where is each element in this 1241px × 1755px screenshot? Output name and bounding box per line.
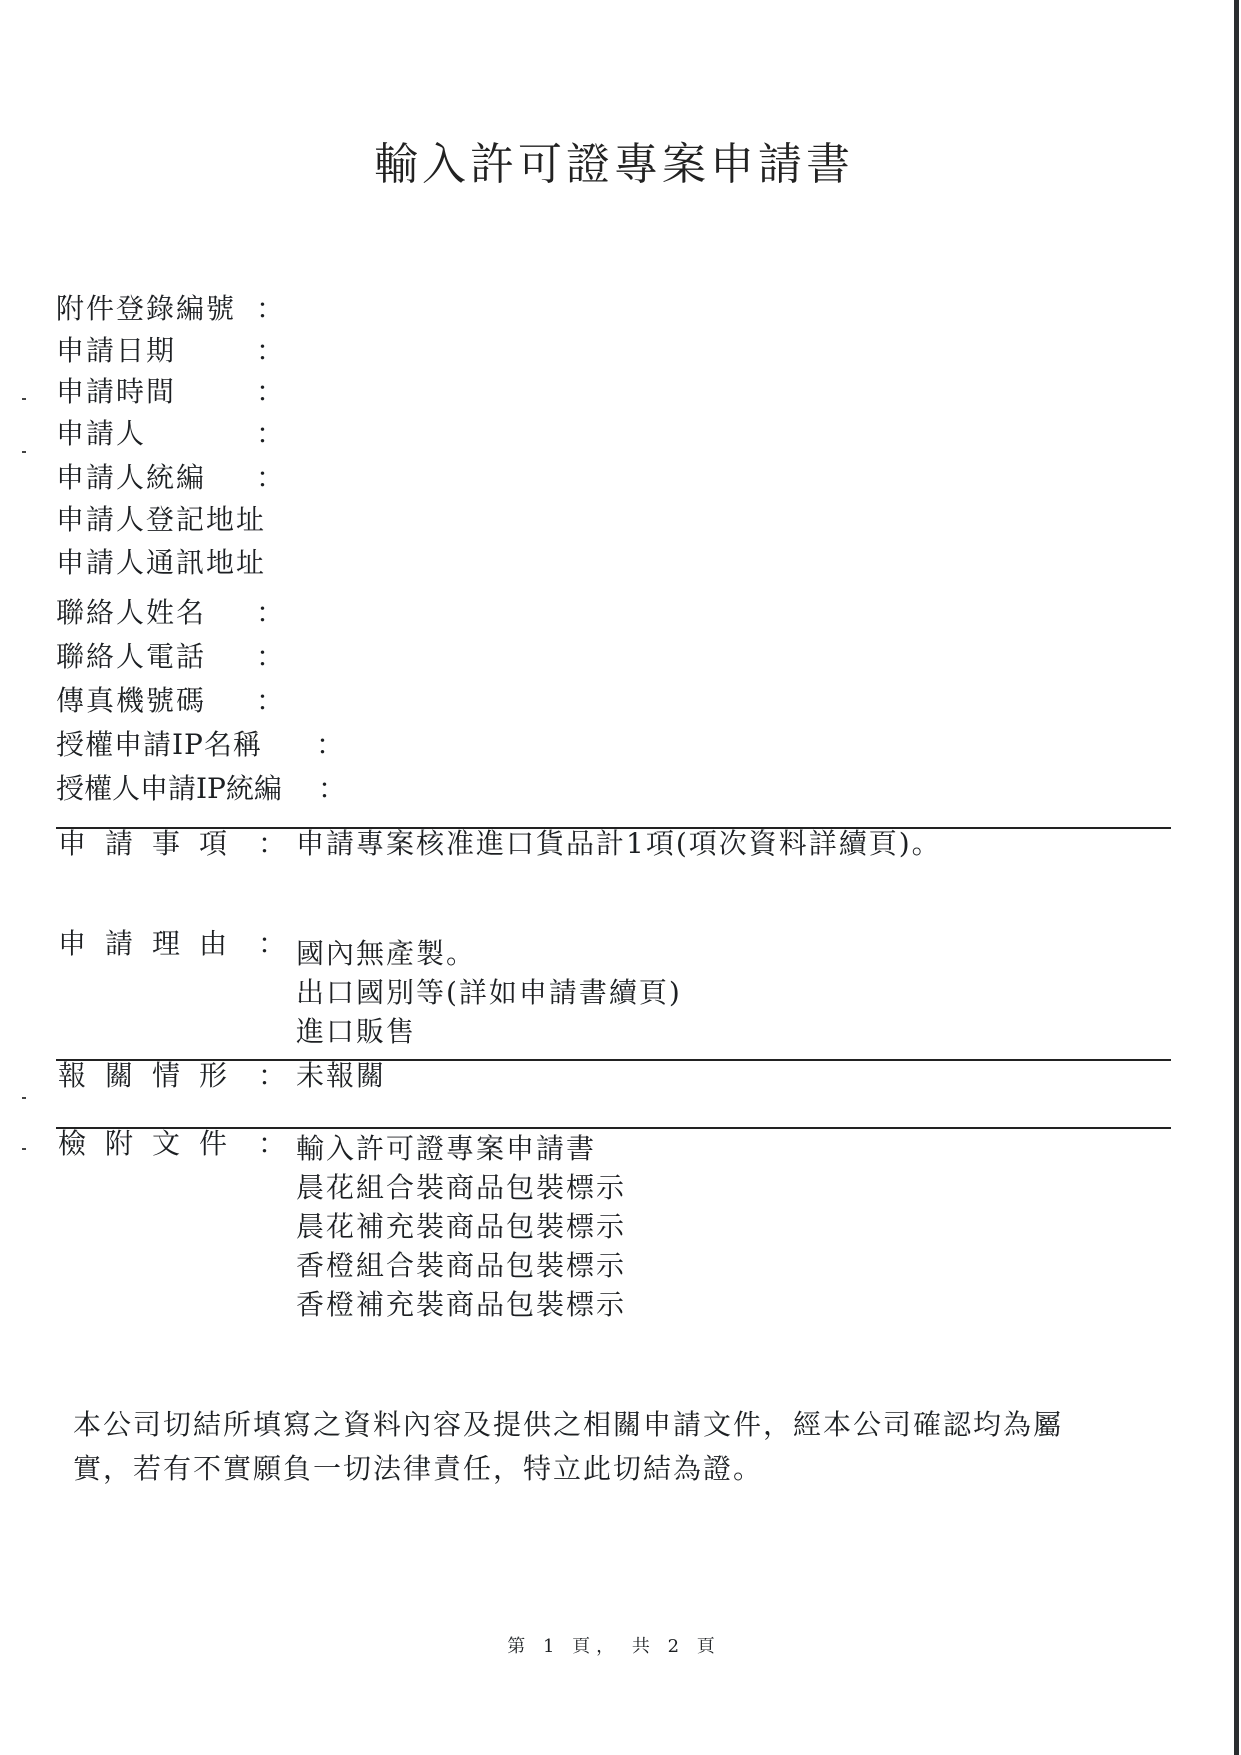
attachment-item: 晨花組合裝商品包裝標示: [296, 1168, 626, 1207]
field-label: 申請人通訊地址: [56, 546, 266, 579]
section-label: 申請理由: [58, 926, 246, 962]
attachment-item: 香橙補充裝商品包裝標示: [296, 1285, 626, 1324]
field-authorized-ip-tax-id: 授權人申請IP統編 ：: [56, 772, 282, 806]
page-indicator: 第 1 頁， 共 2 頁: [0, 1632, 1228, 1658]
section-value: 國內無產製。 出口國別等(詳如申請書續頁) 進口販售: [296, 934, 682, 1051]
section-colon: ：: [258, 1058, 286, 1094]
field-colon: ：: [256, 417, 286, 451]
field-application-date: 申請日期 ：: [56, 334, 176, 368]
field-mailing-address: 申請人通訊地址: [56, 546, 266, 580]
section-label: 報關情形: [58, 1058, 246, 1094]
field-label: 申請人統編: [56, 461, 206, 494]
field-contact-phone: 聯絡人電話 ：: [56, 640, 206, 674]
section-label: 檢附文件: [58, 1126, 246, 1162]
attachment-item: 輸入許可證專案申請書: [296, 1129, 626, 1168]
field-applicant-tax-id: 申請人統編 ：: [56, 461, 206, 495]
field-colon: ：: [256, 596, 286, 630]
value-line: 進口販售: [296, 1012, 682, 1051]
field-label: 申請人: [56, 417, 146, 450]
field-colon: ：: [256, 684, 286, 718]
attachment-item: 晨花補充裝商品包裝標示: [296, 1207, 626, 1246]
field-label: 申請時間: [56, 375, 176, 408]
declaration-statement: 本公司切結所填寫之資料內容及提供之相關申請文件，經本公司確認均為屬 實，若有不實…: [73, 1403, 1153, 1491]
scan-page-edge: [1234, 0, 1239, 1755]
field-application-time: 申請時間 ：: [56, 375, 176, 409]
field-colon: ：: [256, 640, 286, 674]
field-colon: ：: [256, 375, 286, 409]
field-label: 申請日期: [56, 334, 176, 367]
section-label: 申請事項: [58, 826, 246, 862]
field-colon: ：: [316, 728, 345, 762]
field-colon: ：: [256, 461, 286, 495]
section-colon: ：: [258, 826, 286, 862]
value-line: 申請專案核准進口貨品計1項(項次資料詳續頁)。: [296, 824, 942, 863]
field-colon: ：: [256, 292, 286, 326]
field-applicant: 申請人 ：: [56, 417, 146, 451]
section-value: 未報關: [296, 1056, 386, 1095]
field-label: 聯絡人電話: [56, 640, 206, 673]
field-label: 附件登錄編號: [56, 292, 236, 325]
field-label: 授權申請IP名稱: [56, 728, 262, 761]
scan-artifact: [22, 451, 26, 453]
declaration-line: 本公司切結所填寫之資料內容及提供之相關申請文件，經本公司確認均為屬: [73, 1403, 1153, 1447]
section-colon: ：: [258, 926, 286, 962]
section-colon: ：: [258, 1126, 286, 1162]
document-title: 輸入許可證專案申請書: [0, 128, 1228, 192]
field-label: 申請人登記地址: [56, 503, 266, 536]
scan-artifact: [22, 1097, 26, 1099]
attachment-item: 香橙組合裝商品包裝標示: [296, 1246, 626, 1285]
field-colon: ：: [256, 334, 286, 368]
field-authorized-ip-name: 授權申請IP名稱 ：: [56, 728, 262, 762]
section-value: 申請專案核准進口貨品計1項(項次資料詳續頁)。: [296, 824, 942, 863]
field-attachment-reg-no: 附件登錄編號 ：: [56, 292, 236, 326]
declaration-line: 實，若有不實願負一切法律責任，特立此切結為證。: [73, 1447, 1153, 1491]
value-line: 國內無產製。: [296, 934, 682, 973]
attachment-list: 輸入許可證專案申請書 晨花組合裝商品包裝標示 晨花補充裝商品包裝標示 香橙組合裝…: [296, 1129, 626, 1324]
field-fax-number: 傳真機號碼 ：: [56, 684, 206, 718]
field-registered-address: 申請人登記地址: [56, 503, 266, 537]
value-line: 出口國別等(詳如申請書續頁): [296, 973, 682, 1012]
field-colon: ：: [318, 772, 346, 806]
scan-artifact: [22, 1148, 26, 1150]
field-label: 傳真機號碼: [56, 684, 206, 717]
field-contact-name: 聯絡人姓名 ：: [56, 596, 206, 630]
field-label: 授權人申請IP統編: [56, 772, 282, 805]
scan-artifact: [22, 398, 26, 400]
field-label: 聯絡人姓名: [56, 596, 206, 629]
value-line: 未報關: [296, 1056, 386, 1095]
